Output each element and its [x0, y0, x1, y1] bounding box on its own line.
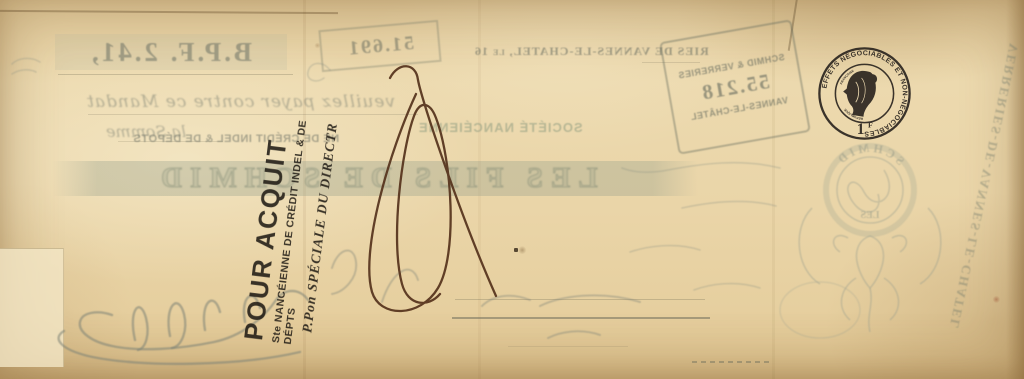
- revenue-stamp: EFFETS NÉGOCIABLES ET NON-NÉGOCIABLES RÉ…: [816, 45, 913, 142]
- cheque-verso-paper: B.P.F. 2.41, 51.691 RIES DE VANNES-LE-CH…: [0, 0, 1024, 379]
- marianne-head-icon: [843, 71, 877, 117]
- revenue-stamp-denomination-unit: F: [868, 120, 873, 129]
- revenue-stamp-denomination: 1: [857, 121, 865, 138]
